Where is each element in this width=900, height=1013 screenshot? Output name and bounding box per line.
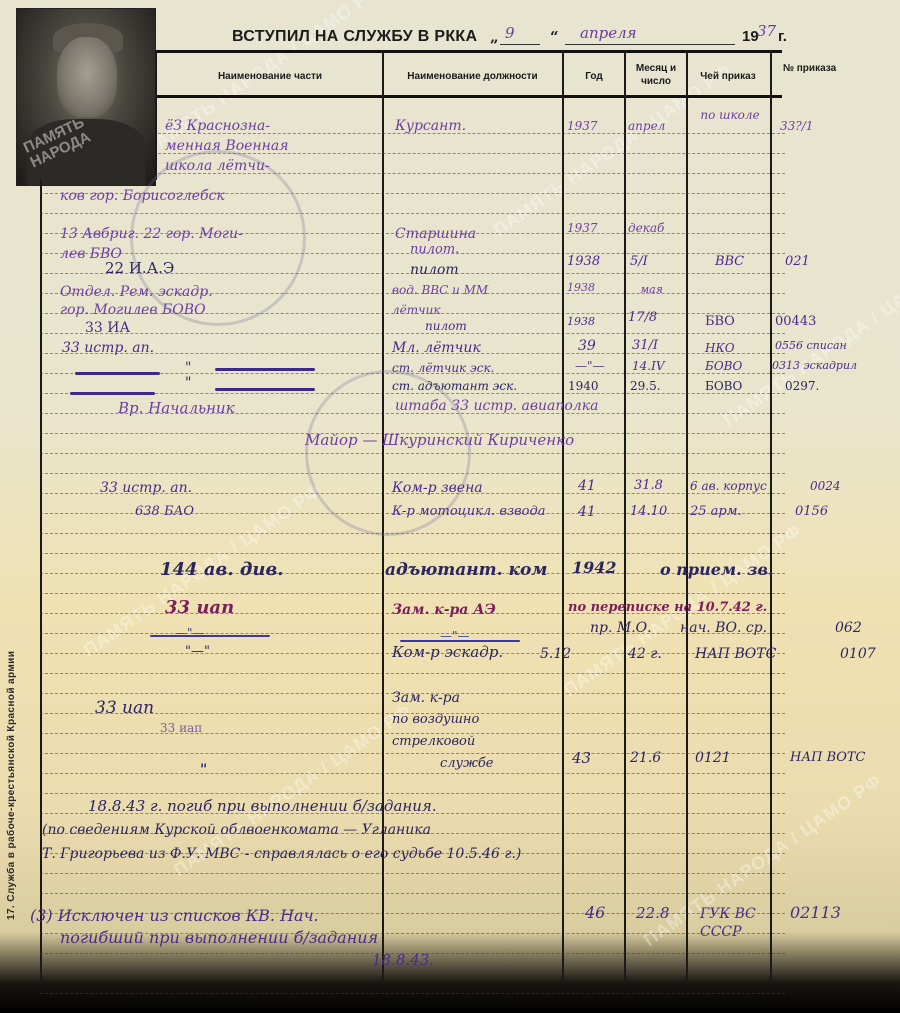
entry-by-whom: 0121 — [695, 750, 731, 766]
entry-year: 1938 — [567, 280, 595, 296]
column-divider — [686, 50, 688, 980]
portrait-photo: ПАМЯТЬНАРОДА — [16, 8, 156, 186]
entry-unit: Отдел. Рем. эскадр. — [60, 284, 213, 300]
strikethrough-line — [215, 368, 315, 371]
entry-date: 14.IV — [632, 358, 665, 374]
entry-post: ст. лётчик эск. — [392, 360, 494, 376]
ruled-line — [40, 533, 785, 534]
strikethrough-line — [215, 388, 315, 391]
entry-order-no: 0107 — [840, 646, 876, 662]
entry-year: 5.12 — [540, 646, 571, 662]
entry-unit: 22 И.А.Э — [105, 260, 174, 276]
entry-post: стрелковой — [392, 734, 475, 750]
column-header-order-no: № приказа — [772, 62, 847, 75]
entry-note: по переписке на 10.7.42 г. — [568, 600, 767, 616]
entry-unit: 13 Авбриг. 22 гор. Моги- — [60, 226, 243, 242]
ruled-line — [40, 973, 785, 974]
ruled-line — [40, 593, 785, 594]
ruled-line — [40, 753, 785, 754]
ruled-line — [40, 553, 785, 554]
entry-date: 5/I — [630, 254, 648, 270]
entry-order-no: 0156 — [795, 504, 828, 520]
entry-post: Ком-р эскадр. — [392, 644, 503, 660]
entry-by-whom: ВВС — [715, 254, 744, 270]
entry-by-whom: НАП ВОТС — [695, 646, 776, 662]
entry-order-no: НАП ВОТС — [790, 750, 865, 766]
column-header-unit: Наименование части — [160, 70, 380, 83]
entry-post: пилот. — [410, 242, 459, 258]
entry-order-no: 0313 эскадрил — [772, 358, 857, 374]
heading-close-quote: “ — [550, 28, 559, 46]
entry-date: 31/I — [632, 338, 658, 354]
section-label: 17. Служба в рабоче-крестьянской Красной… — [6, 651, 17, 920]
strikethrough-line — [150, 635, 270, 637]
note-line: 18.8.43 г. погиб при выполнении б/задани… — [88, 798, 437, 814]
final-entry-unit-line2: погибший при выполнении б/задания — [60, 930, 378, 946]
entry-post: Мл. лётчик — [392, 340, 481, 356]
entry-year: 1938 — [567, 254, 600, 270]
entry-post: пилот — [410, 262, 459, 278]
entry-post: адъютант. ком — [385, 562, 547, 578]
entry-date: мая — [640, 282, 663, 298]
ruled-line — [40, 873, 785, 874]
entry-post: службе — [440, 756, 494, 772]
ruled-line — [40, 633, 785, 634]
entry-order-no: 0024 — [810, 478, 841, 494]
entry-order-no: 33?/1 — [780, 118, 813, 134]
entry-date: 21.6 — [630, 750, 661, 766]
final-entry-unit: (3) Исключен из списков КВ. Нач. — [30, 908, 319, 924]
entry-year: 39 — [578, 338, 596, 354]
entry-year: —"— — [575, 358, 605, 374]
entry-unit: 638 БАО — [135, 504, 194, 520]
column-divider — [562, 50, 564, 980]
entry-by-whom: 6 ав. корпус — [690, 478, 767, 494]
entry-post: —"— — [440, 628, 470, 644]
column-header-by-whom: Чей приказ — [688, 70, 768, 83]
entry-post: Зам. к-ра — [392, 690, 460, 706]
day-underline — [500, 44, 540, 45]
final-entry-date-line: 18.8.43. — [372, 952, 434, 968]
entry-by-whom: нач. ВО. ср. — [680, 620, 767, 636]
entry-order-no: 00443 — [775, 314, 816, 330]
entry-post: Старшина — [395, 226, 476, 242]
entry-unit: 33 иап — [165, 600, 234, 616]
note-line: Т. Григорьева из Ф.У. МВС - справлялась … — [42, 846, 521, 862]
entry-post: пилот — [425, 318, 467, 334]
strikethrough-line — [75, 372, 160, 375]
entry-unit: Вр. Начальник — [118, 400, 235, 416]
month-underline — [565, 44, 735, 45]
entry-by-whom: по школе — [695, 108, 765, 122]
entry-post: Курсант. — [395, 118, 466, 134]
column-header-date: Месяц и число — [627, 62, 685, 88]
heading-open-quote: „ — [490, 28, 499, 46]
entry-year: 1940 — [568, 378, 599, 394]
entry-date: 17/8 — [628, 310, 657, 326]
final-entry-year: 46 — [585, 905, 605, 921]
final-entry-date: 22.8 — [636, 905, 669, 921]
entry-post: К-р мотоцикл. взвода — [392, 504, 545, 520]
entry-post: Ком-р звена — [392, 480, 483, 496]
entry-unit: —"— — [175, 625, 205, 641]
entry-unit: 33 истр. ап. — [100, 480, 192, 496]
entry-unit: " — [200, 762, 207, 778]
column-divider — [770, 50, 772, 980]
entry-unit: ков гор. Борисоглебск — [60, 188, 225, 204]
entry-by-whom: НКО — [705, 340, 735, 356]
entry-date: 29.5. — [630, 378, 661, 394]
ruled-line — [40, 333, 785, 334]
entry-unit: "—" — [185, 644, 210, 660]
record-card-page: ПАМЯТЬ НАРОДА / ЦАМО РФ ПАМЯТЬ НАРОДА / … — [0, 0, 900, 1013]
entry-post: по воздушно — [392, 712, 479, 728]
entry-by-whom: 25 арм. — [690, 504, 742, 520]
photo-face — [57, 37, 117, 117]
column-header-year: Год — [565, 70, 623, 83]
heading-printed: ВСТУПИЛ НА СЛУЖБУ В РККА — [232, 28, 477, 46]
entry-year: 1937 — [567, 220, 598, 236]
entry-date: пр. М.О. — [590, 620, 652, 636]
ruled-line — [40, 993, 785, 994]
ruled-line — [40, 793, 785, 794]
entry-by-whom: БОВО — [705, 358, 742, 374]
entry-date: 31.8 — [634, 478, 663, 494]
heading-year-unit: г. — [778, 28, 787, 45]
entry-unit: " — [185, 375, 191, 391]
column-divider — [624, 50, 626, 980]
ruled-line — [40, 773, 785, 774]
heading-year-suffix: 37 — [757, 22, 776, 40]
entry-unit: ёЗ Краснозна- — [165, 118, 270, 134]
entry-unit: 33 ИА — [85, 320, 130, 336]
entry-by-whom: БОВО — [705, 378, 742, 394]
entry-date: 42 г. — [628, 646, 662, 662]
entry-unit-stamp: 33 иап — [160, 720, 202, 736]
entry-post: лётчик — [392, 302, 440, 318]
entry-order-no: 021 — [785, 254, 810, 270]
final-entry-by-whom: ГУК ВС СССР — [700, 905, 765, 941]
table-left-border-top — [155, 50, 157, 180]
entry-unit: гор. Могилев БОВО — [60, 302, 206, 318]
entry-year: 1937 — [567, 118, 598, 134]
entry-unit: 33 истр. ап. — [62, 340, 154, 356]
entry-date: декаб — [628, 220, 664, 236]
entry-unit: 33 иап — [95, 700, 154, 716]
entry-year: 1938 — [567, 314, 595, 330]
entry-post: Зам. к-ра АЭ — [392, 602, 496, 618]
strikethrough-line — [70, 392, 155, 395]
entry-post: вод. ВВС и ММ — [392, 282, 488, 298]
entry-date: 14.10 — [630, 504, 667, 520]
final-entry-order-no: 02113 — [790, 905, 841, 921]
entry-year: 41 — [578, 504, 596, 520]
note-line: (по сведениям Курской облвоенкомата — Уг… — [42, 822, 431, 838]
entry-by-whom: БВО — [705, 314, 735, 330]
entry-order-no: 0297. — [785, 378, 819, 394]
entry-year: 41 — [578, 478, 596, 494]
heading-day: 9 — [505, 24, 515, 42]
entry-date: апрел — [628, 118, 665, 134]
entry-order-no: 0556 списан — [775, 338, 847, 354]
column-header-post: Наименование должности — [385, 70, 560, 83]
entry-by-whom: о прием. зв. — [660, 562, 774, 578]
entry-unit: школа лётчи- — [165, 158, 270, 174]
entry-post: ст. адъютант эск. — [392, 378, 517, 394]
entry-year: 43 — [572, 750, 591, 766]
entry-year: 1942 — [572, 560, 617, 576]
heading-month: апреля — [580, 24, 637, 42]
entry-post: штаба 33 истр. авиаполка — [395, 398, 598, 414]
entry-unit: менная Военная — [165, 138, 288, 154]
entry-signature: Майор — Шкуринский Кириченко — [305, 432, 574, 448]
ruled-line — [40, 893, 785, 894]
ruled-line — [40, 673, 785, 674]
entry-unit: 144 ав. див. — [160, 562, 284, 578]
entry-order-no: 062 — [835, 620, 862, 636]
entry-unit: " — [185, 360, 191, 376]
